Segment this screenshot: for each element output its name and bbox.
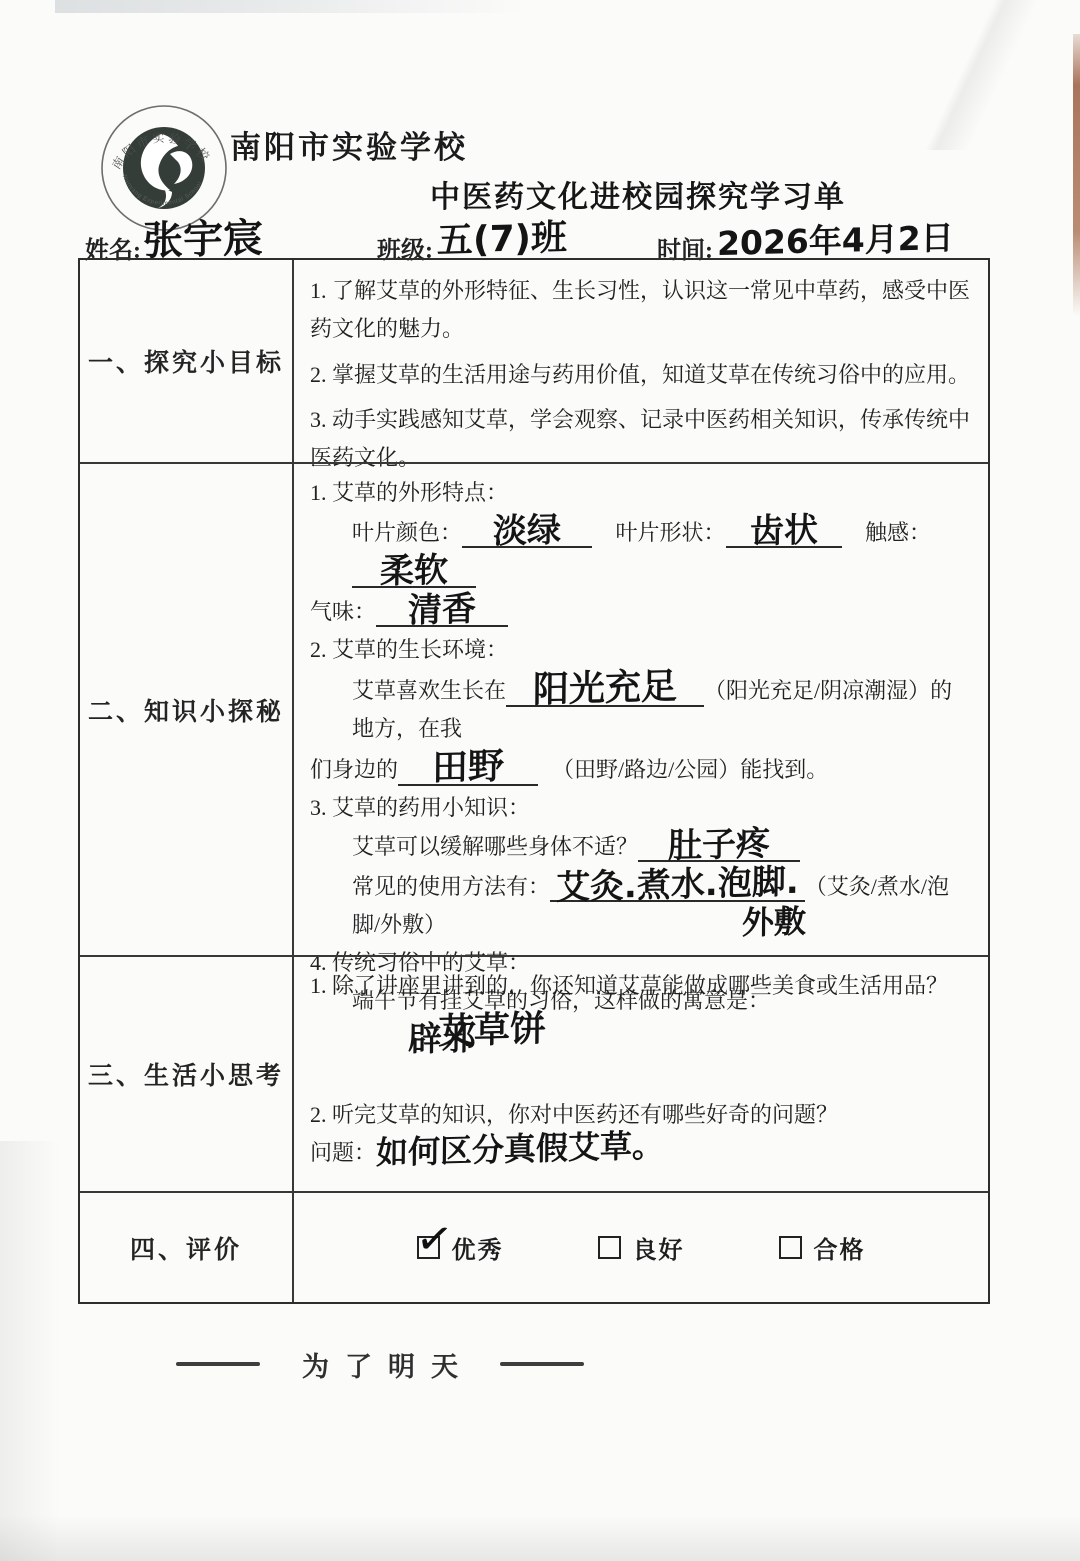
life-q2-answer-line: 问题：如何区分真假艾草。 [310, 1133, 972, 1172]
place-blank: 田野 [398, 748, 538, 786]
touch-label: 触感： [865, 520, 931, 545]
relief-answer: 肚子疼 [668, 827, 770, 864]
smell-label: 气味： [310, 599, 376, 624]
life-q1: 1. 除了讲座里讲到的，你还知道艾草能做成哪些美食或生活用品？ [310, 967, 972, 1005]
section1-label: 一、探究小目标 [88, 343, 284, 379]
class-handwritten-value: 五(7)班 [437, 220, 567, 259]
motto-text: 为了明天 [302, 1345, 474, 1384]
methods-answer: 艾灸.煮水.泡脚. [556, 865, 799, 905]
q3-line2: 常见的使用方法有：艾灸.煮水.泡脚.（艾灸/煮水/泡脚/外敷） 外敷 [310, 866, 972, 944]
scan-edge-strip [1073, 34, 1080, 316]
q2-line2-pre: 们身边的 [310, 757, 398, 782]
leaf-shape-answer: 齿状 [749, 513, 817, 549]
question-prefix: 问题： [310, 1140, 376, 1165]
evaluation-options: ✓ 优秀 良好 合格 [294, 1193, 988, 1302]
q3-title: 3. 艾草的药用小知识： [310, 789, 972, 827]
section1-label-cell: 一、探究小目标 [80, 260, 294, 462]
section2-content: 1. 艾草的外形特点： 叶片颜色：淡绿 叶片形状：齿状 触感：柔软 气味：清香 … [294, 462, 988, 955]
relief-blank: 肚子疼 [638, 826, 800, 862]
place-answer: 田野 [432, 749, 504, 787]
scanned-worksheet: 南阳市实验学校 Nanyang Experimental School 南阳市实… [0, 0, 1080, 1561]
motto-dash-right [500, 1362, 584, 1366]
q2-title: 2. 艾草的生长环境： [310, 631, 972, 669]
smell-blank: 清香 [376, 591, 508, 627]
section3-content: 1. 除了讲座里讲到的，你还知道艾草能做成哪些美食或生活用品？ 艾草饼 2. 听… [294, 955, 988, 1191]
life-a1-handwritten: 艾草饼 [438, 1011, 546, 1050]
section2-label-cell: 二、知识小探秘 [80, 462, 294, 955]
goal-item-1: 1. 了解艾草的外形特征、生长习性，认识这一常见中草药，感受中医药文化的魅力。 [310, 272, 972, 348]
scan-smudge-top [55, 0, 525, 13]
q2-line2-post: （田野/路边/公园）能找到。 [552, 757, 828, 782]
option-good: 良好 [598, 1230, 685, 1265]
q1-blank-line: 叶片颜色：淡绿 叶片形状：齿状 触感：柔软 [310, 512, 972, 592]
goal-item-2: 2. 掌握艾草的生活用途与药用价值，知道艾草在传统习俗中的应用。 [310, 356, 972, 394]
school-seal-logo: 南阳市实验学校 Nanyang Experimental School [98, 102, 230, 234]
checkbox-excellent-icon: ✓ [417, 1236, 440, 1259]
methods-answer-extra: 外敷 [742, 905, 806, 939]
habitat-answer: 阳光充足 [533, 669, 677, 709]
worksheet-table: 一、探究小目标 1. 了解艾草的外形特征、生长习性，认识这一常见中草药，感受中医… [78, 258, 990, 1304]
methods-blank: 艾灸.煮水.泡脚. [550, 866, 805, 902]
page-title: 中医药文化进校园探究学习单 [430, 172, 846, 216]
school-name: 南阳市实验学校 [230, 122, 468, 167]
q3-line1: 艾草可以缓解哪些身体不适？肚子疼 [310, 826, 972, 866]
section4-label: 四、评价 [130, 1230, 242, 1266]
touch-answer: 柔软 [380, 553, 448, 589]
leaf-shape-blank: 齿状 [726, 512, 842, 548]
life-a2-handwritten: 如何区分真假艾草。 [376, 1130, 664, 1170]
smell-line: 气味：清香 [310, 591, 972, 631]
section3-label: 三、生活小思考 [88, 1056, 284, 1092]
section4-content: ✓ 优秀 良好 合格 [294, 1191, 988, 1302]
q3-question1: 艾草可以缓解哪些身体不适？ [352, 834, 638, 859]
checkbox-good-icon [598, 1236, 621, 1259]
footer-motto: 为了明天 [0, 1340, 760, 1388]
q2-line1-pre: 艾草喜欢生长在 [352, 678, 506, 703]
option-excellent-label: 优秀 [452, 1230, 504, 1265]
option-excellent: ✓ 优秀 [417, 1230, 504, 1265]
section3-label-cell: 三、生活小思考 [80, 955, 294, 1191]
scan-shadow-bottom [0, 1515, 1080, 1561]
touch-blank: 柔软 [352, 552, 476, 588]
section2-label: 二、知识小探秘 [88, 692, 284, 728]
leaf-color-label: 叶片颜色： [352, 520, 462, 545]
leaf-shape-label: 叶片形状： [616, 520, 726, 545]
habitat-blank: 阳光充足 [506, 669, 704, 707]
option-pass-label: 合格 [814, 1230, 866, 1265]
section1-content: 1. 了解艾草的外形特征、生长习性，认识这一常见中草药，感受中医药文化的魅力。 … [294, 260, 988, 462]
section4-label-cell: 四、评价 [80, 1191, 294, 1302]
checkbox-pass-icon [779, 1236, 802, 1259]
q2-line1: 艾草喜欢生长在阳光充足（阳光充足/阴凉潮湿）的地方，在我 [310, 669, 972, 748]
scan-fold-top-right [780, 0, 1080, 150]
name-handwritten-value: 张宇宸 [143, 218, 263, 261]
info-row: 姓名: 张宇宸 班级: 五(7)班 时间: 2026年4月2日 [85, 222, 1025, 262]
leaf-color-answer: 淡绿 [493, 513, 561, 549]
q3-question2: 常见的使用方法有： [352, 874, 550, 899]
smell-answer: 清香 [408, 593, 476, 629]
time-handwritten-value: 2026年4月2日 [717, 221, 954, 260]
q2-line2: 们身边的田野（田野/路边/公园）能找到。 [310, 748, 972, 789]
option-pass: 合格 [779, 1230, 866, 1265]
option-good-label: 良好 [633, 1230, 685, 1265]
q1-title: 1. 艾草的外形特点： [310, 474, 972, 512]
motto-dash-left [176, 1362, 260, 1366]
checkmark-icon: ✓ [412, 1212, 456, 1268]
leaf-color-blank: 淡绿 [462, 512, 592, 548]
